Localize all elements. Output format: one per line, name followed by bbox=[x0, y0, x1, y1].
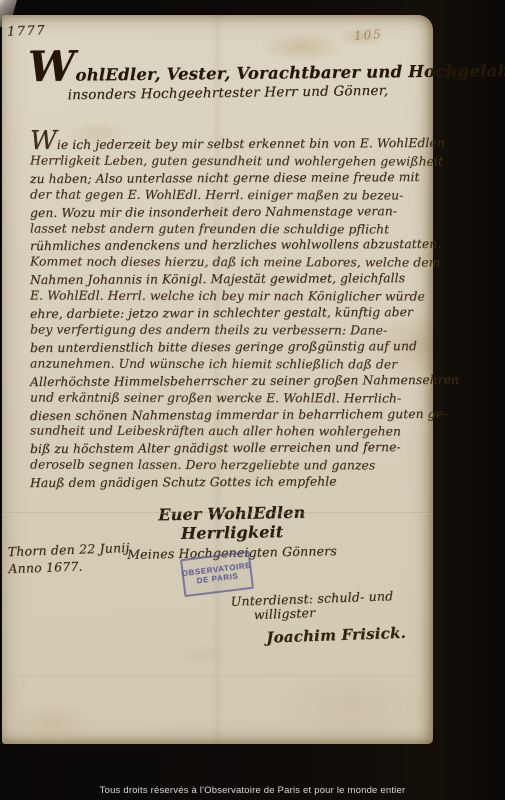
dateline: Thorn den 22 Junij Anno 1677. bbox=[7, 539, 130, 577]
manuscript-line: bey verfertigung des andern theils zu ve… bbox=[30, 321, 433, 339]
salutation-line-1: WohlEdler, Vester, Vorachtbarer und Hoch… bbox=[28, 53, 428, 85]
paper-crease bbox=[2, 675, 433, 677]
folio-number: 105 bbox=[354, 27, 384, 43]
signature: Joachim Frisick. bbox=[214, 624, 411, 649]
manuscript-line: und erkäntniß seiner großen wercke E. Wo… bbox=[30, 389, 433, 407]
manuscript-line: Herrligkeit Leben, guten gesundheit und … bbox=[30, 152, 433, 170]
manuscript-line: diesen schönen Nahmenstag immerdar in be… bbox=[30, 405, 433, 424]
letter-body: Wie ich jederzeit bey mir selbst erkenne… bbox=[30, 132, 433, 491]
manuscript-line: E. WohlEdl. Herrl. welche ich bey mir na… bbox=[30, 288, 433, 306]
copyright-caption: Tous droits réservés à l'Observatoire de… bbox=[0, 785, 505, 796]
signature-block: Unterdienst: schuld- und willigster Joac… bbox=[214, 591, 410, 645]
archival-number: 1777 bbox=[7, 23, 47, 39]
manuscript-line: sundheit und Leibeskräften auch aller ho… bbox=[30, 423, 433, 441]
manuscript-line: zu haben; Also unterlasse nicht gerne di… bbox=[30, 169, 433, 188]
manuscript-line: Hauß dem gnädigen Schutz Gottes ich empf… bbox=[30, 473, 433, 492]
manuscript-page: 1777 105 WohlEdler, Vester, Vorachtbarer… bbox=[2, 15, 433, 744]
salutation-line-2: insonders Hochgeehrtester Herr und Gönne… bbox=[28, 82, 428, 104]
manuscript-line: anzunehmen. Und wünsche ich hiemit schli… bbox=[30, 355, 433, 373]
manuscript-line: Allerhöchste Himmelsbeherrscher zu seine… bbox=[30, 372, 433, 391]
manuscript-line: der that gegen E. WohlEdl. Herrl. einige… bbox=[30, 186, 433, 204]
manuscript-line: rühmliches andenckens und herzliches woh… bbox=[30, 236, 433, 255]
manuscript-line: Kommet noch dieses hierzu, daß ich meine… bbox=[30, 254, 433, 272]
letter-salutation: WohlEdler, Vester, Vorachtbarer und Hoch… bbox=[28, 55, 428, 101]
closing-line-1: Euer WohlEdlen Herrligkeit bbox=[107, 502, 358, 544]
manuscript-line: deroselb segnen lassen. Dero herzgeliebt… bbox=[30, 457, 433, 475]
manuscript-line: gen. Wozu mir die insonderheit dero Nahm… bbox=[30, 203, 433, 222]
scan-viewport: 1777 105 WohlEdler, Vester, Vorachtbarer… bbox=[0, 0, 505, 800]
manuscript-line: Wie ich jederzeit bey mir selbst erkenne… bbox=[30, 131, 433, 154]
manuscript-line: ehre, darbiete: jetzo zwar in schlechter… bbox=[30, 304, 433, 323]
paper-crease bbox=[2, 512, 433, 514]
manuscript-line: biß zu höchstem Alter gnädigst wolle err… bbox=[30, 439, 433, 458]
manuscript-line: Nahmen Johannis in Königl. Majestät gewi… bbox=[30, 270, 433, 289]
manuscript-line: ben unterdienstlich bitte dieses geringe… bbox=[30, 338, 433, 357]
dateline-year: Anno 1677. bbox=[8, 556, 130, 577]
